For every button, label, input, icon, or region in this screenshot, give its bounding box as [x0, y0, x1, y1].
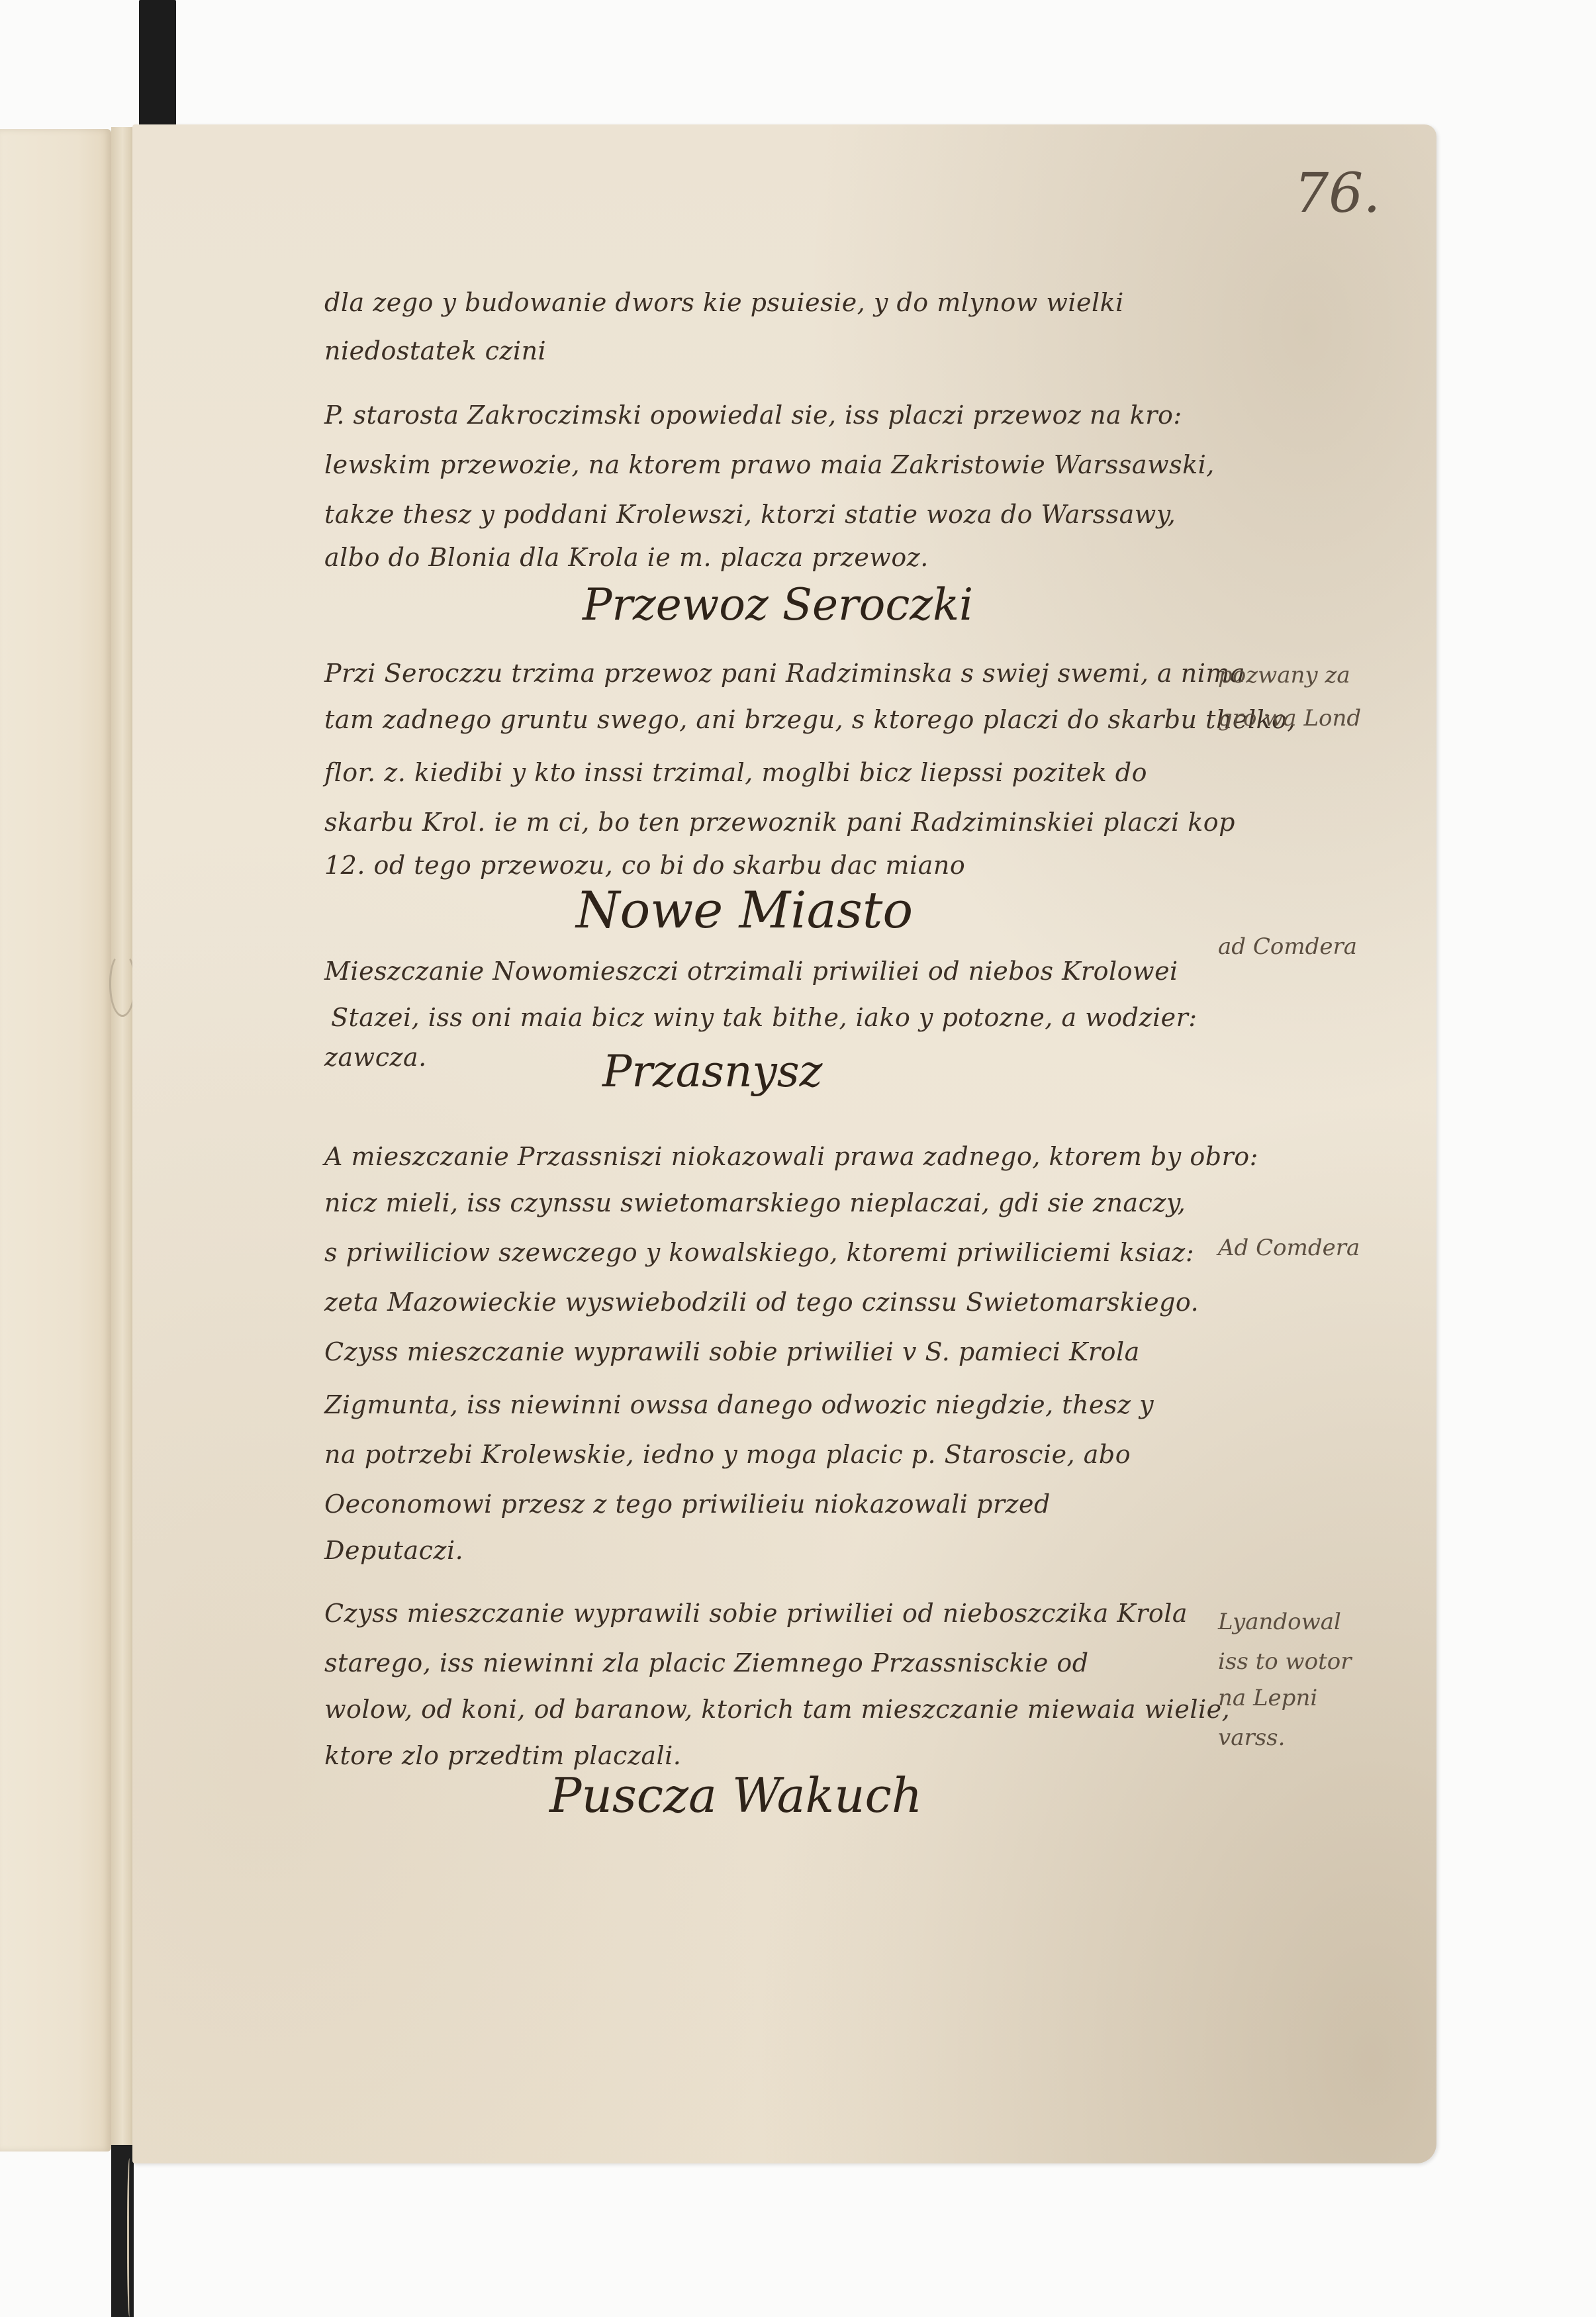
text-line: Deputaczi.	[324, 1536, 463, 1565]
margin-note: gro wa Lond	[1218, 705, 1361, 732]
text-line: P. starosta Zakroczimski opowiedal sie, …	[324, 401, 1182, 430]
text-line: Przi Seroczzu trzima przewoz pani Radzim…	[324, 659, 1245, 688]
text-line: niedostatek czini	[324, 336, 546, 365]
text-line: na potrzebi Krolewskie, iedno y moga pla…	[324, 1440, 1131, 1469]
text-line: ktore zlo przedtim placzali.	[324, 1741, 681, 1770]
text-line: albo do Blonia dla Krola ie m. placza pr…	[324, 543, 929, 572]
margin-note: ad Comdera	[1218, 933, 1357, 960]
text-line: zawcza.	[324, 1043, 427, 1072]
text-line: 12. od tego przewozu, co bi do skarbu da…	[324, 851, 965, 880]
text-line: Oeconomowi przesz z tego priwilieiu niok…	[324, 1489, 1051, 1519]
text-line: flor. z. kiedibi y kto inssi trzimal, mo…	[324, 758, 1147, 787]
folio-number: 76.	[1294, 162, 1380, 225]
text-line: A mieszczanie Przassniszi niokazowali pr…	[324, 1142, 1258, 1171]
binding-string-tail	[127, 2158, 133, 2317]
margin-note: pozwany za	[1218, 662, 1350, 688]
margin-note: Lyandowal	[1218, 1609, 1341, 1635]
text-line: wolow, od koni, od baranow, ktorich tam …	[324, 1695, 1230, 1724]
left-page-edge	[0, 129, 111, 2151]
text-line: Mieszczanie Nowomieszczi otrzimali priwi…	[324, 957, 1178, 986]
section-heading: Nowe Miasto	[576, 880, 913, 939]
margin-note: na Lepni	[1218, 1685, 1317, 1711]
binding-ribbon-top	[139, 0, 176, 132]
text-line: Czyss mieszczanie wyprawili sobie priwil…	[324, 1599, 1188, 1628]
section-heading: Przasnysz	[602, 1046, 822, 1097]
text-line: lewskim przewozie, na ktorem prawo maia …	[324, 450, 1215, 479]
text-line: Stazei, iss oni maia bicz winy tak bithe…	[331, 1003, 1197, 1032]
binding-string-loop	[109, 953, 136, 1017]
margin-note: Ad Comdera	[1218, 1235, 1360, 1261]
text-line: nicz mieli, iss czynssu swietomarskiego …	[324, 1188, 1186, 1217]
text-line: s priwiliciow szewczego y kowalskiego, k…	[324, 1238, 1194, 1267]
text-line: dla zego y budowanie dwors kie psuiesie,…	[324, 288, 1124, 317]
binding-gutter	[111, 127, 134, 2153]
margin-note: iss to wotor	[1218, 1648, 1351, 1675]
text-line: zeta Mazowieckie wyswiebodzili od tego c…	[324, 1288, 1199, 1317]
text-line: tam zadnego gruntu swego, ani brzegu, s …	[324, 705, 1295, 734]
section-heading: Przewoz Seroczki	[583, 579, 973, 630]
margin-note: varss.	[1218, 1725, 1285, 1751]
section-heading: Puscza Wakuch	[549, 1768, 922, 1823]
text-line: Zigmunta, iss niewinni owssa danego odwo…	[324, 1390, 1154, 1419]
text-line: Czyss mieszczanie wyprawili sobie priwil…	[324, 1337, 1140, 1366]
text-line: skarbu Krol. ie m ci, bo ten przewoznik …	[324, 808, 1235, 837]
text-line: starego, iss niewinni zla placic Ziemneg…	[324, 1648, 1089, 1678]
text-line: takze thesz y poddani Krolewszi, ktorzi …	[324, 500, 1176, 529]
